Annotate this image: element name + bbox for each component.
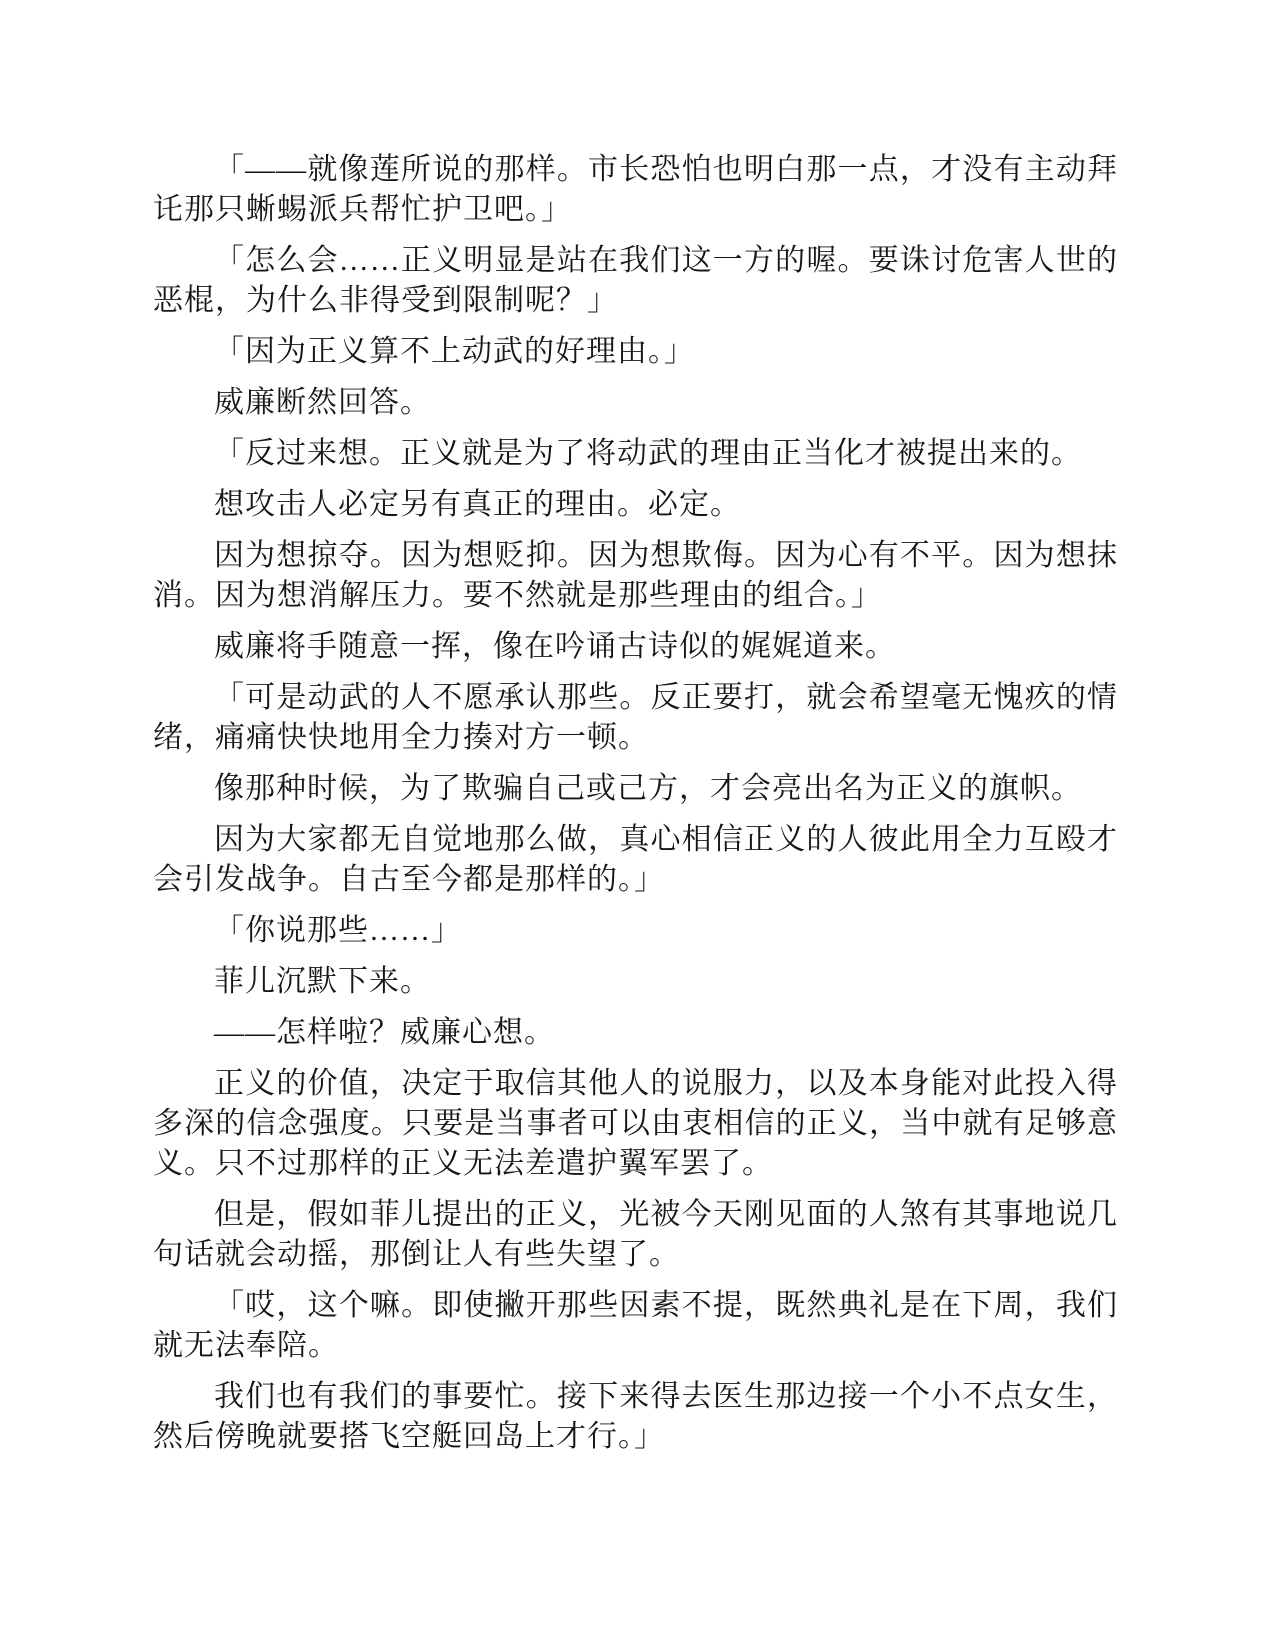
paragraph: 威廉断然回答。: [153, 383, 1118, 423]
paragraph: 我们也有我们的事要忙。接下来得去医生那边接一个小不点女生，然后傍晚就要搭飞空艇回…: [153, 1377, 1118, 1457]
ebook-page-background: { "page": { "background": "#ffffff", "te…: [0, 0, 1275, 1650]
paragraph: 因为想掠夺。因为想贬抑。因为想欺侮。因为心有不平。因为想抹消。因为想消解压力。要…: [153, 536, 1118, 616]
paragraph: 「怎么会……正义明显是站在我们这一方的喔。要诛讨危害人世的恶棍，为什么非得受到限…: [153, 241, 1118, 321]
paragraph: 「反过来想。正义就是为了将动武的理由正当化才被提出来的。: [153, 434, 1118, 474]
paragraph: 「可是动武的人不愿承认那些。反正要打，就会希望毫无愧疚的情绪，痛痛快快地用全力揍…: [153, 678, 1118, 758]
paragraph: 像那种时候，为了欺骗自己或己方，才会亮出名为正义的旗帜。: [153, 769, 1118, 809]
paragraph: 「因为正义算不上动武的好理由。」: [153, 332, 1118, 372]
paragraph: 「——就像莲所说的那样。市长恐怕也明白那一点，才没有主动拜讬那只蜥蜴派兵帮忙护卫…: [153, 150, 1118, 230]
novel-text-page: 「——就像莲所说的那样。市长恐怕也明白那一点，才没有主动拜讬那只蜥蜴派兵帮忙护卫…: [0, 0, 1275, 1650]
paragraph: 因为大家都无自觉地那么做，真心相信正义的人彼此用全力互殴才会引发战争。自古至今都…: [153, 820, 1118, 900]
paragraph: 「你说那些……」: [153, 911, 1118, 951]
paragraph: 但是，假如菲儿提出的正义，光被今天刚见面的人煞有其事地说几句话就会动摇，那倒让人…: [153, 1195, 1118, 1275]
paragraph: 想攻击人必定另有真正的理由。必定。: [153, 485, 1118, 525]
paragraph: 威廉将手随意一挥，像在吟诵古诗似的娓娓道来。: [153, 627, 1118, 667]
paragraph: 菲儿沉默下来。: [153, 962, 1118, 1002]
paragraph: 正义的价值，决定于取信其他人的说服力，以及本身能对此投入得多深的信念强度。只要是…: [153, 1064, 1118, 1184]
paragraph: 「哎，这个嘛。即使撇开那些因素不提，既然典礼是在下周，我们就无法奉陪。: [153, 1286, 1118, 1366]
paragraph: ——怎样啦？威廉心想。: [153, 1013, 1118, 1053]
